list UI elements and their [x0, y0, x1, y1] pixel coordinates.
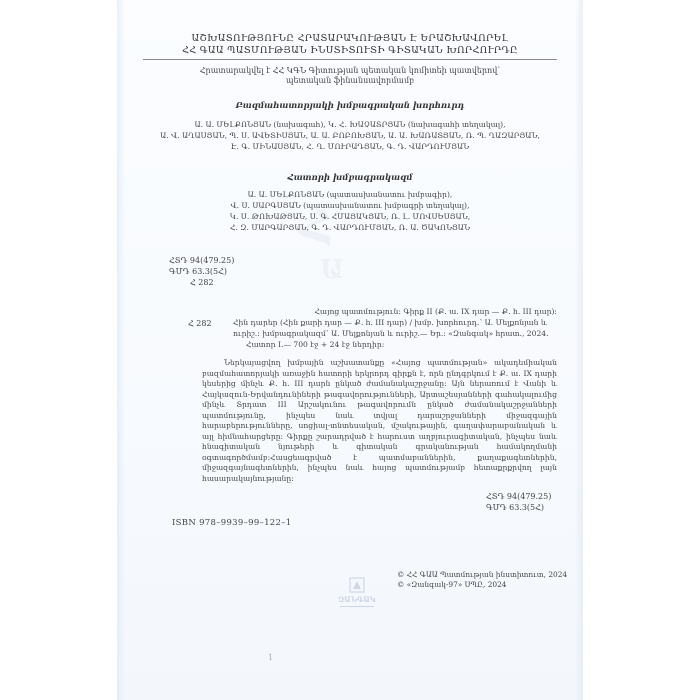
udc-code-bottom: ՀՏԴ 94(479.25) — [486, 492, 551, 502]
author-mark: Հ 282 — [190, 278, 214, 288]
funding-note-line-2: պետական ֆինանսավորմամբ — [130, 76, 570, 86]
header-rule — [143, 59, 557, 60]
bibliographic-line: Հին դարեր (Հին քարի դար — Ք. հ. III դար)… — [233, 318, 557, 329]
udc-code: ՀՏԴ 94(479.25) — [169, 256, 234, 266]
page-edge-left — [117, 0, 125, 700]
bibliographic-line: ուրիշ.: խմբագրակազմ՝ Ա. Մելքոնյան և ուրի… — [233, 329, 557, 340]
publisher-logo: ԶԱՆԳԱԿ — [337, 576, 377, 626]
multivolume-board-title: Բազմահատորյակի խմբագրական խորհուրդ — [130, 101, 570, 111]
header-line-2: ՀՀ ԳԱԱ ՊԱՏՄՈՒԹՅԱՆ ԻՆՍՏԻՏՈՒՏԻ ԳԻՏԱԿԱՆ ԽՈՐ… — [130, 45, 570, 56]
copyright-line-2: © «Զանգակ-97» ՍՊԸ, 2024 — [397, 580, 507, 590]
copyright-line-1: © ՀՀ ԳԱԱ Պատմության ինստիտուտ, 2024 — [397, 570, 567, 580]
bibliographic-line: Հատոր I.— 700 էջ + 24 էջ ներդիր: — [246, 340, 556, 351]
bbk-code-bottom: ԳՄԴ 63.3(5Հ) — [486, 503, 544, 513]
bbk-code: ԳՄԴ 63.3(5Հ) — [169, 267, 227, 277]
multivolume-board-line: Է. Գ. ՄԻՆԱՍՅԱՆ, Հ. Ղ. ՄՈՒՐԱԴՅԱՆ, Գ. Դ. Վ… — [130, 142, 570, 152]
multivolume-board-line: Ա. Վ. ԱՂԱՍՅԱՆ, Պ. Ս. ԱՎԵՏԻՍՅԱՆ, Ա. Ա. ԲՈ… — [120, 131, 580, 141]
volume-board-title: Հատորի խմբագրակազմ — [130, 173, 570, 183]
bleed-through-watermark: Ա — [320, 255, 345, 285]
volume-board-line: Հ. Զ. ՄԱՐԳԱՐՅԱՆ, Գ. Դ. ՎԱՐԴՈՒՄՅԱՆ, Ռ. Ա.… — [130, 223, 570, 233]
isbn: ISBN 978–9939–99–122–1 — [172, 518, 291, 528]
abstract-paragraph: Ներկայացվող խմբային աշխատանքը «Հայոց պատ… — [202, 358, 557, 484]
volume-board-line: Վ. Ս. ՍԱՐԳՍՅԱՆ (պատասխանատու խմբագրի տեղ… — [130, 201, 570, 211]
page-number: 1 — [268, 653, 273, 662]
publisher-logo-text: ԶԱՆԳԱԿ — [337, 595, 377, 604]
volume-board-line: Կ. Ս. ԹՈԽԱԹՅԱՆ, Ս. Գ. ՀՄԱՅԱԿՅԱՆ, Ռ. Լ. Մ… — [130, 212, 570, 222]
header-line-1: ԱՇԽԱՏՈՒԹՅՈՒՆԸ ՀՐԱՏԱՐԱԿՈՒԹՅԱՆ Է ԵՐԱՇԽԱՎՈՐ… — [130, 33, 570, 44]
bibliographic-author-mark: Հ 282 — [188, 319, 212, 329]
volume-board-line: Ա. Ա. ՄԵԼՔՈՆՅԱՆ (պատասխանատու խմբագիր), — [130, 190, 570, 200]
funding-note-line-1: Հրատարակվել է ՀՀ ԿԳՆ Գիտության պետական կ… — [130, 66, 570, 76]
multivolume-board-line: Ա. Ա. ՄԵԼՔՈՆՅԱՆ (նախագահ), Կ. Հ. ԽԱՉԱՏՐՅ… — [130, 120, 570, 130]
page-edge-right — [575, 0, 583, 700]
bibliographic-line: Հայոց պատմություն: Գիրք II (Ք. ա. IX դար… — [242, 307, 557, 318]
